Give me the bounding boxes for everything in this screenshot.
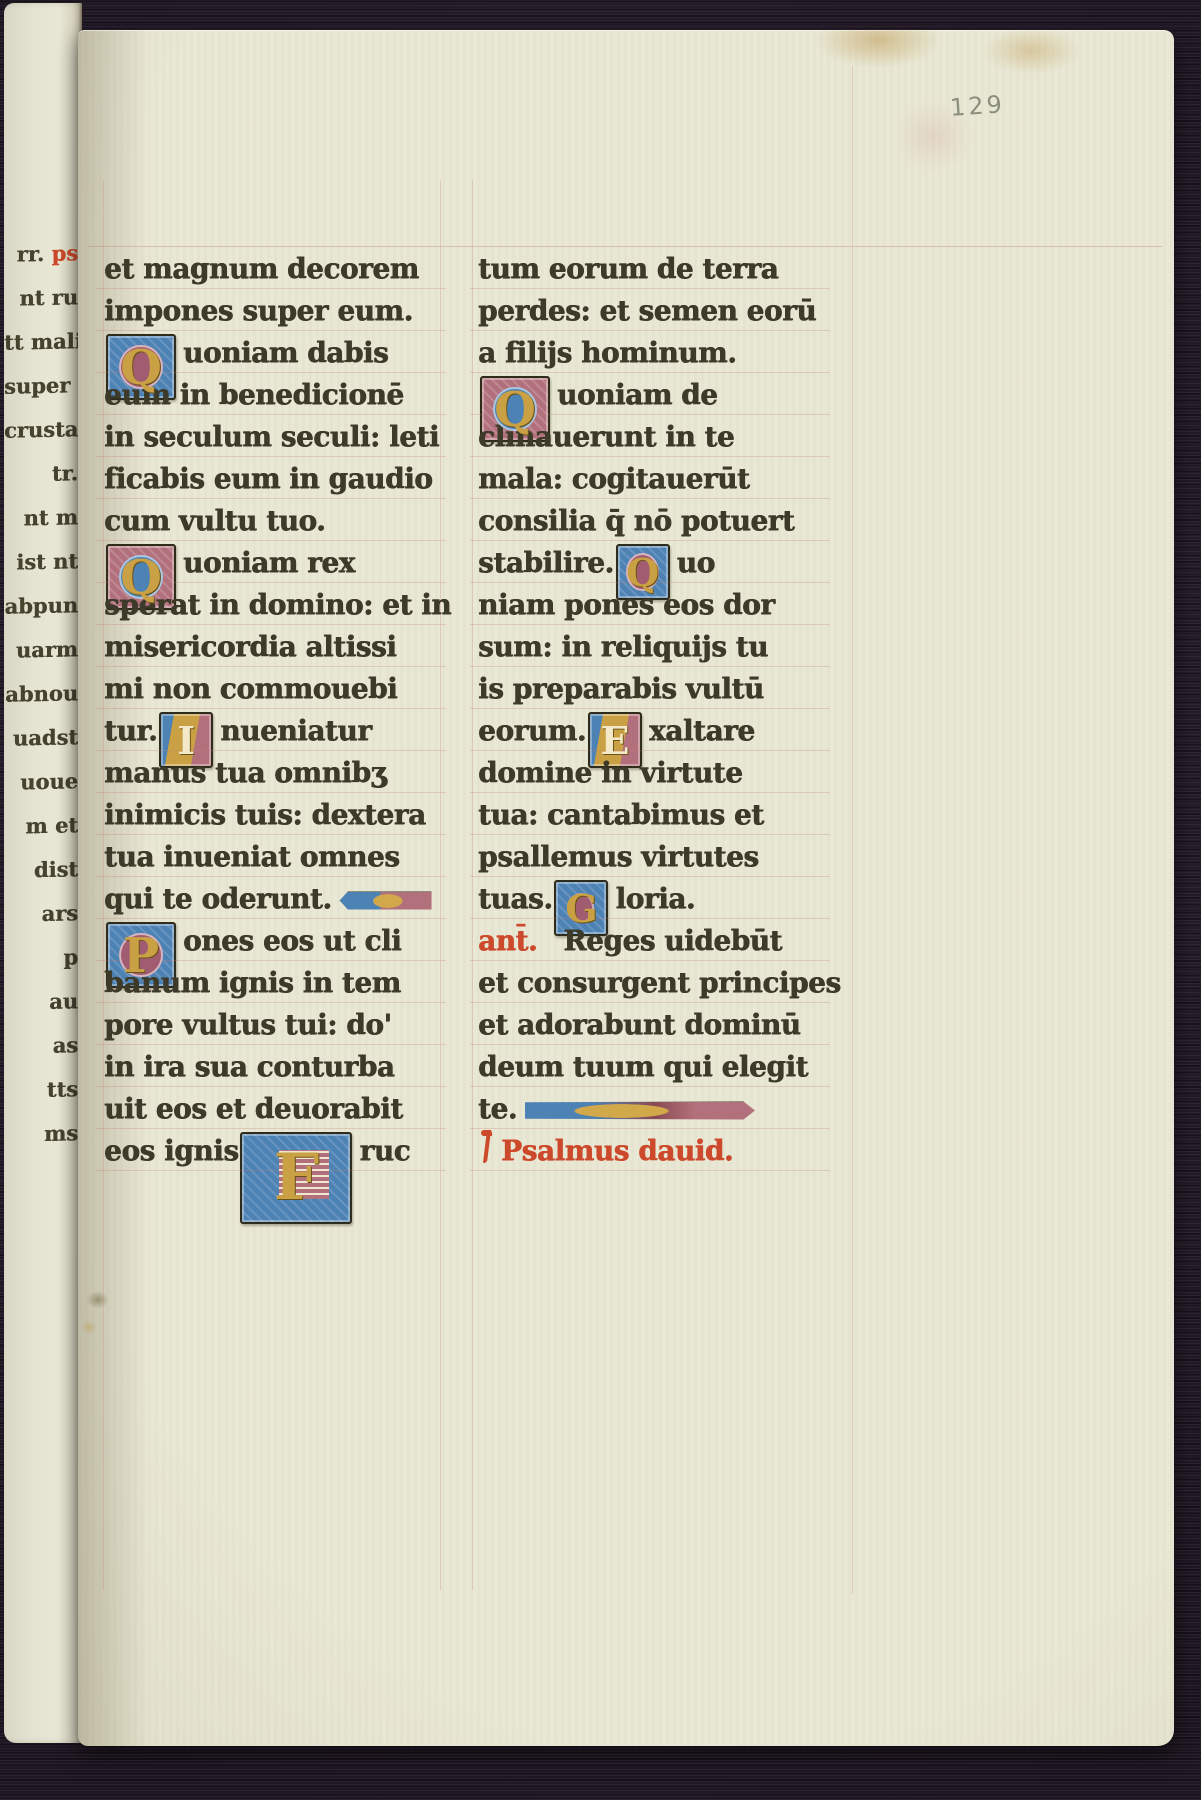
initial-letter: G — [556, 882, 606, 928]
text-run: eorum. — [478, 714, 586, 747]
text-run: in seculum seculi: leti — [104, 420, 439, 453]
facing-page-text-fragment: tr. — [4, 458, 82, 504]
facing-page-text-fragment: ms — [4, 1118, 82, 1164]
text-run: deum tuum qui elegit — [478, 1050, 808, 1083]
text-run: uo — [677, 546, 715, 579]
text-line: impones super eum. — [104, 290, 440, 332]
facing-page-text-fragment: uarm — [4, 634, 82, 680]
text-line: domine in virtute — [478, 752, 824, 794]
text-column-left: et magnum decoremimpones super eum.Quoni… — [104, 248, 440, 1172]
text-run: tt mali — [4, 328, 82, 355]
text-run: tum eorum de terra — [478, 252, 778, 285]
text-run: ones eos ut cli — [183, 924, 401, 957]
text-run: stabilire. — [478, 546, 614, 579]
text-line: et consurgent principes — [478, 962, 824, 1004]
text-run: misericordia altissi — [104, 630, 396, 663]
text-run: pore vultus tui: do' — [104, 1008, 391, 1041]
text-line: Quoniam dabis — [104, 332, 440, 374]
text-run: impones super eum. — [104, 294, 413, 327]
facing-page-text-fragment: ars — [4, 898, 82, 944]
text-run: tts — [47, 1076, 78, 1102]
text-line: pore vultus tui: do' — [104, 1004, 440, 1046]
initial-letter: P — [108, 924, 174, 980]
text-run: ant̄. — [478, 924, 563, 957]
text-run: p — [63, 944, 78, 969]
line-filler — [340, 892, 432, 910]
initial-letter: E — [590, 714, 640, 760]
text-run: uoniam dabis — [183, 336, 388, 369]
text-line: eorum.Exaltare — [478, 710, 824, 752]
text-run: abpun — [4, 592, 78, 619]
text-column-right: tum eorum de terraperdes: et semen eorūa… — [478, 248, 824, 1172]
text-run: ars — [42, 900, 79, 926]
text-run: ms — [44, 1120, 78, 1146]
facing-page-text-fragment: rr. ps — [4, 238, 82, 284]
text-run: psallemus virtutes — [478, 840, 759, 873]
text-line: manus tua omnibʒ — [104, 752, 440, 794]
text-run: loria. — [615, 882, 695, 915]
facing-page-text-fragment: nt m — [4, 502, 82, 548]
facing-page-text-fragment: uadst — [4, 722, 82, 768]
manuscript-page: 129 et magnum decoremimpones super eum.Q… — [78, 30, 1174, 1746]
text-run: qui te oderunt. — [104, 882, 332, 915]
facing-page-text-fragment: tt mali — [4, 326, 82, 372]
illuminated-initial-Q: Q — [480, 376, 550, 442]
text-line: misericordia altissi — [104, 626, 440, 668]
facing-page-text-fragment: as — [4, 1030, 82, 1076]
illuminated-initial-G: G — [554, 880, 608, 936]
facing-page-text-fragment: p — [4, 942, 82, 988]
facing-page-text-fragment: tts — [4, 1074, 82, 1120]
text-line: uit eos et deuorabit — [104, 1088, 440, 1130]
manuscript-photo: rr. psnt rutt malisuper secrustatr.nt mi… — [0, 0, 1201, 1800]
text-run: ficabis eum in gaudio — [104, 462, 432, 495]
facing-page-text-fragment: au — [4, 986, 82, 1032]
text-line: tuas.Gloria. — [478, 878, 824, 920]
text-run: uoniam de — [557, 378, 717, 411]
text-run: dist — [34, 856, 78, 882]
text-run: perdes: et semen eorū — [478, 294, 816, 327]
text-line: in ira sua conturba — [104, 1046, 440, 1088]
text-run: nt ru — [19, 284, 78, 310]
facing-page-text-fragment: nt ru — [4, 282, 82, 328]
ruling-line — [88, 246, 1162, 247]
text-run: tua: cantabimus et — [478, 798, 764, 831]
text-run: nueniatur — [220, 714, 371, 747]
text-run: et magnum decorem — [104, 252, 419, 285]
ruling-line — [440, 180, 441, 1590]
text-run: tua inueniat omnes — [104, 840, 399, 873]
text-line: et adorabunt dominū — [478, 1004, 824, 1046]
text-line: tur.Inueniatur — [104, 710, 440, 752]
text-line: cum vultu tuo. — [104, 500, 440, 542]
text-run: sum: in reliquijs tu — [478, 630, 768, 663]
text-run: uarm — [16, 636, 78, 662]
text-run: uoniam rex — [183, 546, 355, 579]
facing-page-text-fragment: m et — [4, 810, 82, 856]
text-run: te. — [478, 1092, 517, 1125]
text-line: Psalmus dauid. — [478, 1130, 824, 1172]
folio-number: 129 — [949, 90, 1006, 122]
text-run: uadst — [13, 724, 78, 750]
text-run: consilia q̄ nō potuert — [478, 504, 794, 537]
text-run: rr. — [17, 241, 52, 267]
text-line: ficabis eum in gaudio — [104, 458, 440, 500]
text-run: au — [49, 988, 78, 1014]
text-run: super se — [4, 372, 82, 399]
facing-page-text-fragment: abpun — [4, 590, 82, 636]
facing-page-text-fragment: abnou — [4, 678, 82, 724]
text-line: sum: in reliquijs tu — [478, 626, 824, 668]
line-filler — [525, 1102, 755, 1120]
text-line: Quoniam rex — [104, 542, 440, 584]
text-line: in seculum seculi: leti — [104, 416, 440, 458]
initial-letter: Q — [108, 336, 174, 392]
text-line: te. — [478, 1088, 824, 1130]
text-run: et adorabunt dominū — [478, 1008, 801, 1041]
facing-page-text-fragment: uoue — [4, 766, 82, 812]
text-line: is preparabis vultū — [478, 668, 824, 710]
ruling-line — [472, 180, 473, 1590]
text-line: perdes: et semen eorū — [478, 290, 824, 332]
facing-page-text-fragment: ist nt — [4, 546, 82, 592]
facing-page-edge: rr. psnt rutt malisuper secrustatr.nt mi… — [4, 3, 82, 1743]
text-line: tua inueniat omnes — [104, 836, 440, 878]
text-line: Pones eos ut cli — [104, 920, 440, 962]
text-line: eos ignisFruc — [104, 1130, 440, 1172]
facing-page-text-fragment: crusta — [4, 414, 82, 460]
illuminated-initial-F: F — [240, 1132, 352, 1224]
text-run: Psalmus dauid. — [501, 1134, 733, 1167]
initial-letter: Q — [482, 378, 548, 434]
text-run: eos ignis — [104, 1134, 238, 1167]
text-run: tur. — [104, 714, 157, 747]
text-line: tua: cantabimus et — [478, 794, 824, 836]
text-line: psallemus virtutes — [478, 836, 824, 878]
paragraph-mark — [478, 1130, 492, 1166]
text-run: a filijs hominum. — [478, 336, 736, 369]
initial-letter: Q — [108, 546, 174, 602]
text-run: as — [53, 1032, 78, 1058]
text-run: tuas. — [478, 882, 552, 915]
text-run: uit eos et deuorabit — [104, 1092, 403, 1125]
text-run: tr. — [52, 460, 78, 486]
text-line: mala: cogitauerūt — [478, 458, 824, 500]
text-line: Quoniam de — [478, 374, 824, 416]
text-run: ruc — [359, 1134, 410, 1167]
text-line: deum tuum qui elegit — [478, 1046, 824, 1088]
ruling-line — [852, 66, 853, 1594]
text-line: inimicis tuis: dextera — [104, 794, 440, 836]
text-run: ist nt — [16, 548, 78, 574]
text-run: ps — [51, 240, 78, 266]
text-run: is preparabis vultū — [478, 672, 764, 705]
text-run: inimicis tuis: dextera — [104, 798, 426, 831]
illuminated-initial-Q: Q — [616, 544, 670, 600]
illuminated-initial-I: I — [159, 712, 213, 768]
text-run: abnou — [5, 680, 78, 707]
illuminated-initial-E: E — [588, 712, 642, 768]
text-run: in ira sua conturba — [104, 1050, 394, 1083]
photo-backdrop: rr. psnt rutt malisuper secrustatr.nt mi… — [0, 0, 1201, 1800]
illuminated-initial-Q: Q — [106, 334, 176, 400]
text-run: mi non commouebi — [104, 672, 397, 705]
initial-letter: I — [161, 714, 211, 760]
text-line: consilia q̄ nō potuert — [478, 500, 824, 542]
facing-page-text-fragment: dist — [4, 854, 82, 900]
text-line: mi non commouebi — [104, 668, 440, 710]
text-line: stabilire.Quo — [478, 542, 824, 584]
text-run: et consurgent principes — [478, 966, 841, 999]
text-run: manus tua omnibʒ — [104, 756, 386, 789]
text-run: xaltare — [649, 714, 755, 747]
illuminated-initial-Q: Q — [106, 544, 176, 610]
text-run: cum vultu tuo. — [104, 504, 325, 537]
text-run: crusta — [4, 416, 78, 443]
initial-letter: F — [242, 1134, 350, 1210]
text-line: a filijs hominum. — [478, 332, 824, 374]
text-line: et magnum decorem — [104, 248, 440, 290]
text-run: m et — [25, 812, 78, 838]
facing-page-text-fragment: super se — [4, 370, 82, 416]
text-line: ant̄.Reges uidebūt — [478, 920, 824, 962]
text-run: uoue — [20, 768, 78, 794]
text-line: tum eorum de terra — [478, 248, 824, 290]
text-run: nt m — [24, 504, 79, 530]
text-line: qui te oderunt. — [104, 878, 440, 920]
initial-letter: Q — [618, 546, 668, 592]
text-run: mala: cogitauerūt — [478, 462, 749, 495]
illuminated-initial-P: P — [106, 922, 176, 988]
